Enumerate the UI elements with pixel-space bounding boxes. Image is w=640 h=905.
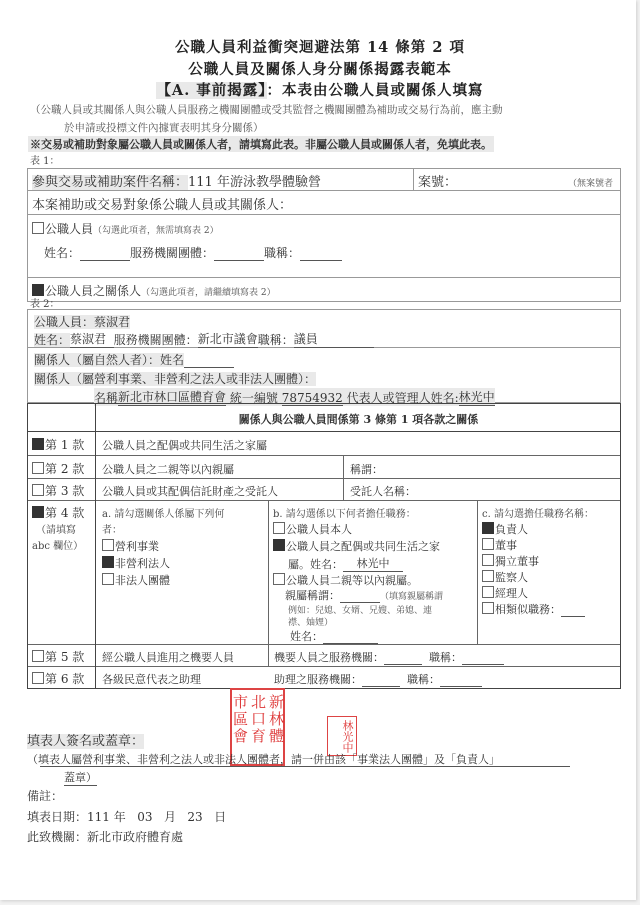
kin-name-input[interactable] xyxy=(323,630,378,644)
relation-table: 關係人與公職人員間係第 3 條第 1 項各款之關係 第 1 款 公職人員之配偶或… xyxy=(27,403,621,689)
clause3-option[interactable]: 第 3 款 xyxy=(32,482,84,499)
clause2-checkbox[interactable] xyxy=(32,462,44,474)
case-no-label: 案號： xyxy=(418,171,457,190)
col-c-title: c. 請勾選擔任職務名稱： xyxy=(482,505,594,520)
date-day-unit: 日 xyxy=(214,810,226,824)
kin-example2: 襟、妯娌） xyxy=(288,615,333,628)
clause5-org-label: 機要人員之服務機關： xyxy=(274,651,384,664)
kin-name-line: 姓名： xyxy=(290,628,378,644)
org-value[interactable]: 新北市議會 xyxy=(198,330,258,348)
seal-column-3: 市區會 xyxy=(231,694,248,745)
manager-checkbox[interactable] xyxy=(482,586,494,598)
signature-label-text: 填表人簽名或蓋章： xyxy=(27,734,144,749)
unincorporated-label: 非法人團體 xyxy=(115,574,170,587)
col-a-option-non-profit[interactable]: 非營利法人 xyxy=(102,555,170,571)
clause5-title-label: 職稱： xyxy=(429,651,462,664)
natural-person-line: 關係人（屬自然人者）：姓名 xyxy=(34,351,234,368)
clause5-title-input[interactable] xyxy=(462,651,504,665)
clause1-checkbox[interactable] xyxy=(32,438,44,450)
name-label: 姓名： xyxy=(34,333,70,347)
clause5-fields: 機要人員之服務機關： 職稱： xyxy=(274,649,504,665)
non-profit-label: 非營利法人 xyxy=(115,557,170,570)
official-value[interactable]: 蔡淑君 xyxy=(94,315,130,329)
document-page: 公職人員利益衝突迴避法第 14 條第 2 項 公職人員及關係人身分關係揭露表範本… xyxy=(0,0,636,900)
table1-label: 表 1： xyxy=(30,152,60,167)
signature-label: 填表人簽名或蓋章： xyxy=(27,730,144,749)
clause4-note1: （請填寫 xyxy=(36,521,76,536)
col-c-option-director[interactable]: 董事 xyxy=(482,537,517,553)
official-fields: 姓名： 服務機關團體： 職稱： xyxy=(44,244,342,261)
col-c-option-independent-director[interactable]: 獨立董事 xyxy=(482,553,539,569)
independent-director-checkbox[interactable] xyxy=(482,554,494,566)
signature-note1: （填表人屬營利事業、非營利之法人或非法人團體者，請一併由該「事業法人團體」及「負… xyxy=(27,751,500,767)
clause6-org-input[interactable] xyxy=(362,673,400,687)
clause4-note2: abc 欄位） xyxy=(32,537,83,552)
option-official-label: 公職人員 xyxy=(45,222,93,236)
clause5-option[interactable]: 第 5 款 xyxy=(32,648,84,665)
kin-title-hint: （填寫親屬稱謂 xyxy=(380,592,443,602)
intro-line2: 於申請或投標文件內據實表明其身分關係） xyxy=(64,120,264,135)
date-day[interactable]: 23 xyxy=(187,810,202,824)
seal-column-1: 新林體 xyxy=(267,694,284,745)
section-heading: 【A. 事前揭露】：本表由公職人員或關係人填寫 xyxy=(0,79,640,100)
clause6-option[interactable]: 第 6 款 xyxy=(32,670,84,687)
clause6-title-label: 職稱： xyxy=(407,673,440,686)
official-detail-line: 姓名：蔡淑君 服務機關團體：新北市議會職稱：議員 xyxy=(34,330,374,348)
recipient-label: 此致機關： xyxy=(27,830,87,844)
kin-title-input[interactable] xyxy=(340,589,380,603)
clause6-title-input[interactable] xyxy=(440,673,482,687)
table2-label: 表 2： xyxy=(30,295,60,310)
kin-name-label: 姓名： xyxy=(290,630,323,643)
table1: 參與交易或補助案件名稱：111 年游泳教學體驗營 案號： （無案號者 本案補助或… xyxy=(27,168,621,302)
clause6-desc: 各級民意代表之助理 xyxy=(102,671,201,687)
section-desc: ：本表由公職人員或關係人填寫 xyxy=(267,82,484,99)
name-value[interactable]: 蔡淑君 xyxy=(70,330,106,348)
clause4-option[interactable]: 第 4 款 xyxy=(32,504,84,521)
fill-date: 填表日期：111 年 03 月 23 日 xyxy=(27,808,226,825)
col-b-kin-title-line: 親屬稱謂： （填寫親屬稱謂 xyxy=(285,587,443,603)
option-relative[interactable]: 公職人員之關係人（勾選此項者，請繼續填寫表 2） xyxy=(32,282,276,299)
independent-director-label: 獨立董事 xyxy=(495,555,539,568)
col-a-title1: a. 請勾選關係人係屬下列何 xyxy=(102,505,224,520)
seal-column-2: 北口育 xyxy=(249,694,266,745)
section-tag: 【A. 事前揭露】 xyxy=(156,82,266,99)
notice: ※交易或補助對象屬公職人員或關係人者，請填寫此表。非屬公職人員或關係人者，免填此… xyxy=(28,136,494,152)
kin-label: 公職人員二親等以內親屬。 xyxy=(286,574,418,587)
col-b-spouse-name-line: 屬。姓名：林光中 xyxy=(288,555,403,572)
date-year-unit: 年 xyxy=(114,810,126,824)
date-month-unit: 月 xyxy=(164,810,176,824)
relation-table-header: 關係人與公職人員間係第 3 條第 1 項各款之關係 xyxy=(95,411,622,427)
clause3-label: 第 3 款 xyxy=(45,484,84,498)
similar-input[interactable] xyxy=(561,603,585,617)
clause4-checkbox[interactable] xyxy=(32,506,44,518)
self-checkbox[interactable] xyxy=(273,522,285,534)
non-profit-checkbox[interactable] xyxy=(102,556,114,568)
col-c-option-similar[interactable]: 相類似職務： xyxy=(482,601,585,617)
option-official[interactable]: 公職人員（勾選此項者，無需填寫表 2） xyxy=(32,220,219,237)
col-b-title: b. 請勾選係以下何者擔任職務： xyxy=(273,505,416,520)
spouse-name-label: 屬。姓名： xyxy=(288,558,343,571)
for-profit-checkbox[interactable] xyxy=(102,539,114,551)
natural-person-input[interactable] xyxy=(184,353,234,368)
col-c-option-manager[interactable]: 經理人 xyxy=(482,585,528,601)
official-line: 公職人員：蔡淑君 xyxy=(34,313,130,330)
case-no-hint: （無案號者 xyxy=(568,176,613,189)
official-name-label: 姓名： xyxy=(44,246,80,260)
supervisor-checkbox[interactable] xyxy=(482,570,494,582)
clause3-trustee-field[interactable]: 受託人名稱： xyxy=(350,483,416,499)
case-name-field: 參與交易或補助案件名稱：111 年游泳教學體驗營 xyxy=(32,171,321,190)
natural-person-label: 關係人（屬自然人者）：姓名 xyxy=(34,353,184,367)
table2: 公職人員：蔡淑君 姓名：蔡淑君 服務機關團體：新北市議會職稱：議員 關係人（屬自… xyxy=(27,309,621,403)
clause6-checkbox[interactable] xyxy=(32,672,44,684)
official-checkbox[interactable] xyxy=(32,222,44,234)
director-checkbox[interactable] xyxy=(482,538,494,550)
clause3-checkbox[interactable] xyxy=(32,484,44,496)
unincorporated-checkbox[interactable] xyxy=(102,573,114,585)
option-relative-hint: （勾選此項者，請繼續填寫表 2） xyxy=(141,288,276,298)
col-c-option-chief[interactable]: 負責人 xyxy=(482,521,528,537)
clause2-title-field[interactable]: 稱謂： xyxy=(350,461,383,477)
col-a-option-for-profit[interactable]: 營利事業 xyxy=(102,538,159,554)
col-b-option-self[interactable]: 公職人員本人 xyxy=(273,521,352,537)
similar-checkbox[interactable] xyxy=(482,602,494,614)
official-label: 公職人員： xyxy=(34,315,94,329)
signature-note2-text: 蓋章） xyxy=(64,769,97,786)
recipient-agency: 此致機關：新北市政府體育處 xyxy=(27,828,183,845)
title-label: 職稱： xyxy=(258,333,294,347)
clause3-desc: 公職人員或其配偶信託財產之受託人 xyxy=(102,483,278,499)
date-year[interactable]: 111 xyxy=(87,810,110,824)
clause1-option[interactable]: 第 1 款 xyxy=(32,436,84,453)
clause6-label: 第 6 款 xyxy=(45,672,84,686)
clause4-label: 第 4 款 xyxy=(45,506,84,520)
spouse-name-value[interactable]: 林光中 xyxy=(343,555,403,572)
kin-checkbox[interactable] xyxy=(273,573,285,585)
supervisor-label: 監察人 xyxy=(495,571,528,584)
option-official-hint: （勾選此項者，無需填寫表 2） xyxy=(93,226,219,236)
date-label: 填表日期： xyxy=(27,810,87,824)
doc-title-line1: 公職人員利益衝突迴避法第 14 條第 2 項 xyxy=(0,36,640,57)
self-label: 公職人員本人 xyxy=(286,523,352,536)
target-label: 本案補助或交易對象係公職人員或其關係人： xyxy=(32,194,292,213)
clause2-desc: 公職人員之二親等以內親屬 xyxy=(102,461,234,477)
col-b-option-kin[interactable]: 公職人員二親等以內親屬。 xyxy=(273,572,418,588)
col-c-option-supervisor[interactable]: 監察人 xyxy=(482,569,528,585)
case-name-value[interactable]: 111 年游泳教學體驗營 xyxy=(188,175,321,190)
signature-note2: 蓋章） xyxy=(64,769,97,786)
similar-label: 相類似職務： xyxy=(495,603,561,616)
representative-seal: 林光中 xyxy=(327,716,357,756)
clause2-option[interactable]: 第 2 款 xyxy=(32,460,84,477)
col-b-option-spouse[interactable]: 公職人員之配偶或共同生活之家 xyxy=(273,538,440,554)
official-org-input[interactable] xyxy=(214,246,264,261)
remarks-label: 備註： xyxy=(27,787,63,804)
chief-checkbox[interactable] xyxy=(482,522,494,534)
clause1-desc: 公職人員之配偶或共同生活之家屬 xyxy=(102,437,267,453)
org-label: 服務機關團體： xyxy=(114,333,198,347)
entity-label-text: 關係人（屬營利事業、非營利之法人或非法人團體）： xyxy=(34,372,316,386)
for-profit-label: 營利事業 xyxy=(115,540,159,553)
manager-label: 經理人 xyxy=(495,587,528,600)
clause5-checkbox[interactable] xyxy=(32,650,44,662)
clause5-org-input[interactable] xyxy=(384,651,422,665)
clause2-label: 第 2 款 xyxy=(45,462,84,476)
official-title-label: 職稱： xyxy=(264,246,300,260)
col-a-title2: 者： xyxy=(102,521,122,536)
clause1-label: 第 1 款 xyxy=(45,438,84,452)
doc-title-line2: 公職人員及關係人身分關係揭露表範本 xyxy=(0,58,640,79)
col-a-option-unincorporated[interactable]: 非法人團體 xyxy=(102,572,170,588)
entity-label: 關係人（屬營利事業、非營利之法人或非法人團體）： xyxy=(34,370,316,387)
kin-title-label: 親屬稱謂： xyxy=(285,589,340,602)
official-name-input[interactable] xyxy=(80,246,130,261)
title-value[interactable]: 議員 xyxy=(294,330,374,348)
clause5-desc: 經公職人員進用之機要人員 xyxy=(102,649,234,665)
clause6-fields: 助理之服務機關： 職稱： xyxy=(274,671,482,687)
clause5-label: 第 5 款 xyxy=(45,650,84,664)
intro-line1: （公職人員或其關係人與公職人員服務之機關團體或受其監督之機關團體為補助或交易行為… xyxy=(30,102,503,117)
clause6-org-label: 助理之服務機關： xyxy=(274,673,362,686)
official-org-label: 服務機關團體： xyxy=(130,246,214,260)
date-month[interactable]: 03 xyxy=(137,810,152,824)
spouse-checkbox[interactable] xyxy=(273,539,285,551)
recipient-value[interactable]: 新北市政府體育處 xyxy=(87,830,183,844)
chief-label: 負責人 xyxy=(495,523,528,536)
spouse-label: 公職人員之配偶或共同生活之家 xyxy=(286,540,440,553)
case-name-label: 參與交易或補助案件名稱： xyxy=(32,175,188,190)
director-label: 董事 xyxy=(495,539,517,552)
official-title-input[interactable] xyxy=(300,246,342,261)
